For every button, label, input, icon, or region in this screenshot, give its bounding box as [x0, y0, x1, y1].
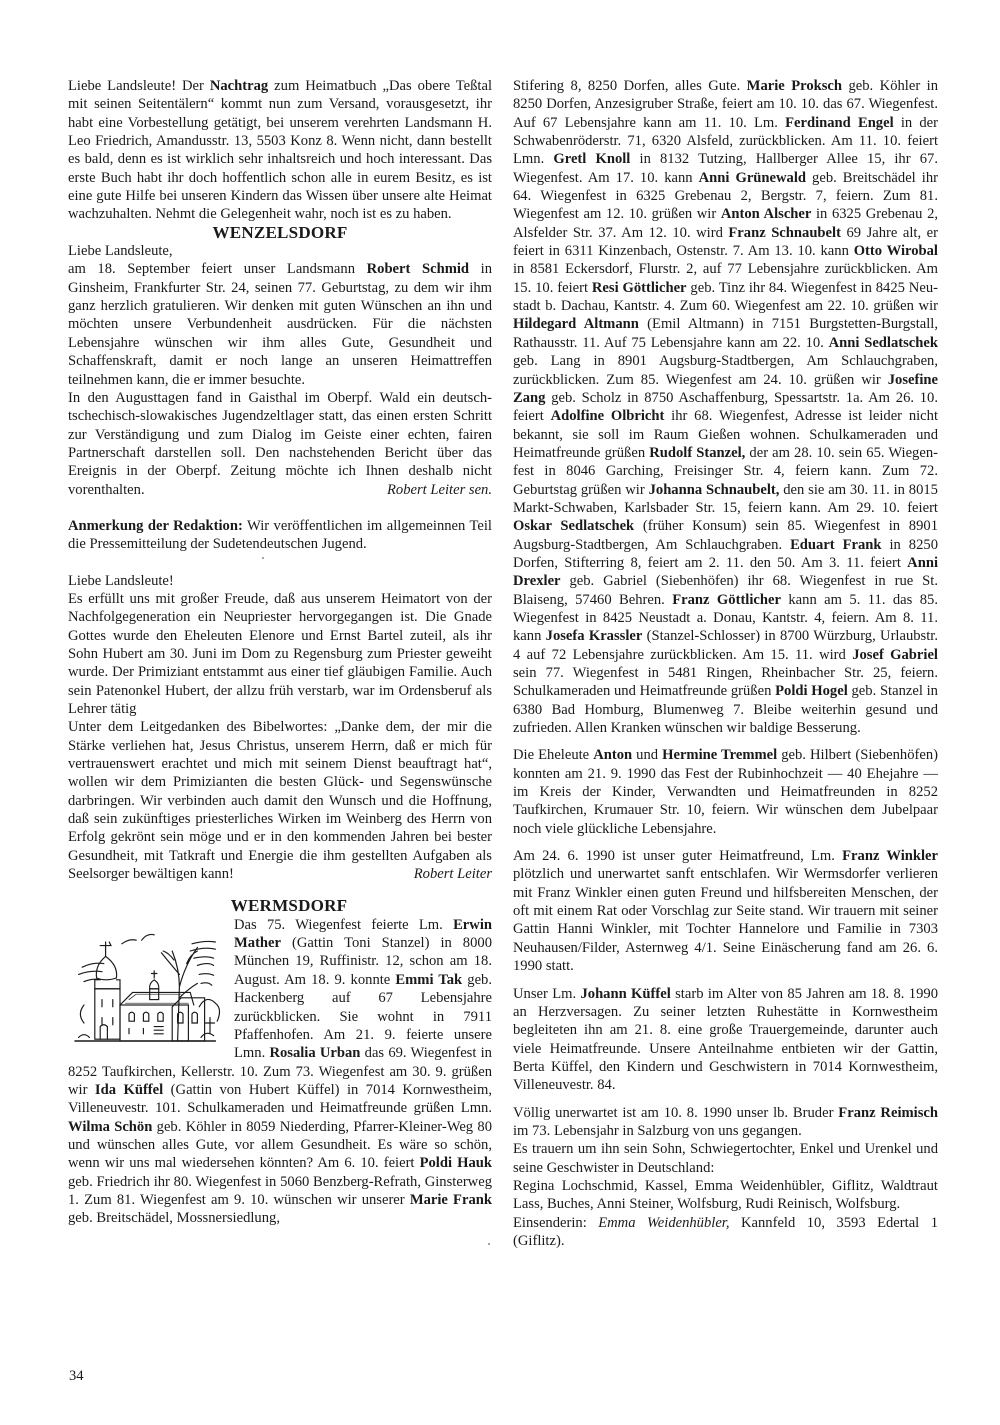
person-name: Marie Proksch [747, 78, 842, 94]
text-run: Liebe Landsleute! Der [68, 78, 210, 94]
person-name: Hildegard Altmann [513, 316, 639, 332]
salutation: Liebe Landsleute! [68, 572, 492, 590]
text-run: Die Eheleute [513, 747, 593, 763]
person-name: Ida Küffel [95, 1082, 163, 1098]
ruby-wedding-paragraph: Die Eheleute Anton und Hermine Tremmel g… [513, 746, 938, 838]
text-run: plötzlich und unerwartet sanft entschlaf… [513, 866, 938, 974]
section-heading-wermsdorf: WERMSDORF [68, 897, 492, 915]
text-run: Am 24. 6. 1990 ist unser guter Heimatfre… [513, 848, 842, 864]
text-run: Das 75. Wiegenfest feierte Lm. [234, 917, 453, 933]
text-run: Völlig unerwartet ist am 10. 8. 1990 uns… [513, 1105, 838, 1121]
person-name: Franz Rei­misch [838, 1105, 938, 1121]
signature: Robert Leiter sen. [387, 481, 492, 499]
person-name: Hermine Tremmel [662, 747, 777, 763]
person-name: Otto Wirobal [854, 243, 938, 259]
mourners-list: Regina Lochschmid, Kassel, Emma Weidenhü… [513, 1177, 938, 1214]
mourners-intro: Es trauern um ihn sein Sohn, Schwiegerto… [513, 1140, 938, 1177]
person-name: Eduart Frank [790, 537, 881, 553]
person-name: Ferdinand Engel [785, 115, 894, 131]
text-run: Stifering 8, 8250 Dorfen, alles Gute. [513, 78, 747, 94]
birthday-paragraph: am 18. September feiert unser Landsmann … [68, 260, 492, 388]
person-name: Poldi Hogel [775, 683, 848, 699]
person-name: Oskar Sedlatschek [513, 518, 634, 534]
person-name: Johann Küffel [580, 986, 670, 1002]
scan-speck [488, 1243, 490, 1245]
person-name: Resi Göttlicher [592, 280, 687, 296]
person-name: Franz Wink­ler [842, 848, 938, 864]
person-name: Anni Sedlatschek [829, 335, 938, 351]
blessing-paragraph: Unter dem Leitgedanken des Bibelwortes: … [68, 718, 492, 883]
person-name: Rosalia Urban [269, 1045, 360, 1061]
obituary-winkler: Am 24. 6. 1990 ist unser guter Heimatfre… [513, 847, 938, 975]
section-heading-wenzelsdorf: WENZELSDORF [68, 224, 492, 242]
person-name: Josef Gabriel [852, 647, 938, 663]
left-column: Liebe Landsleute! Der Nachtrag zum Heima… [68, 77, 492, 1228]
person-name: Anton [593, 747, 632, 763]
person-name: Josefa Krassler [546, 628, 643, 644]
right-column: Stifering 8, 8250 Dorfen, alles Gute. Ma… [513, 77, 938, 1250]
sender-line: Einsenderin: Emma Weidenhübler, Kannfeld… [513, 1214, 938, 1251]
wermsdorf-birthdays: Das 75. Wiegenfest feierte Lm. Er­win Ma… [68, 916, 492, 1228]
youth-camp-paragraph: In den Augusttagen fand in Gaisthal im O… [68, 389, 492, 499]
person-name: Gretl Knoll [553, 151, 630, 167]
newsletter-page: Liebe Landsleute! Der Nachtrag zum Heima… [0, 0, 1000, 1425]
intro-paragraph: Liebe Landsleute! Der Nachtrag zum Heima… [68, 77, 492, 224]
text-run: Unter dem Leitgedanken des Bibelwortes: … [68, 719, 492, 882]
person-name: Franz Göttli­cher [672, 592, 781, 608]
person-name: Anni Grünewald [699, 170, 806, 186]
person-name: Franz Schnaubelt [728, 225, 841, 241]
editorial-note-label: Anmerkung der Redaktion: [68, 518, 243, 534]
person-name: Johanna Schnaubelt, [649, 482, 780, 498]
person-name: Wilma Schön [68, 1119, 152, 1135]
signature: Robert Leiter [414, 865, 492, 883]
editorial-note: Anmerkung der Redaktion: Wir veröffentli… [68, 517, 492, 554]
church-sketch-illustration [66, 920, 228, 1054]
person-name: Robert Schmid [367, 261, 469, 277]
text-run: geb. Breitschädel, Mossnersiedlung, [68, 1210, 280, 1226]
text-run: geb. Lang in 8901 Augsburg-Stadtbergen, … [513, 353, 938, 387]
text-run: im 73. Lebensjahr in Salzburg von uns ge… [513, 1123, 802, 1139]
person-name: Marie Frank [410, 1192, 492, 1208]
text-run: am 18. September feiert unser Landsmann [68, 261, 367, 277]
birthday-list-paragraph: Stifering 8, 8250 Dorfen, alles Gute. Ma… [513, 77, 938, 737]
text-run: zum Heimatbuch „Das obere Teßtal mit sei… [68, 78, 492, 222]
person-name: Rudolf Stanzel, [649, 445, 745, 461]
person-name: Poldi Hauk [420, 1155, 492, 1171]
text-run: in Ginsheim, Frankfurter Str. 24, seinen… [68, 261, 492, 387]
sender-label: Einsenderin: [513, 1215, 598, 1231]
scan-speck [262, 557, 264, 559]
text-run: und [632, 747, 662, 763]
sender-name: Emma Weidenhübler, [598, 1215, 729, 1231]
person-name: Anton Alscher [721, 206, 812, 222]
bold-term-nachtrag: Nachtrag [210, 78, 268, 94]
person-name: Emmi Tak [395, 972, 462, 988]
text-run: Unser Lm. [513, 986, 580, 1002]
page-number: 34 [69, 1367, 84, 1385]
obituary-reimisch: Völlig unerwartet ist am 10. 8. 1990 uns… [513, 1104, 938, 1141]
obituary-kueffel: Unser Lm. Johann Küffel starb im Alter v… [513, 985, 938, 1095]
person-name: Adolfine Ol­bricht [551, 408, 665, 424]
priest-paragraph: Es erfüllt uns mit großer Freude, daß au… [68, 590, 492, 718]
salutation: Liebe Landsleute, [68, 242, 492, 260]
